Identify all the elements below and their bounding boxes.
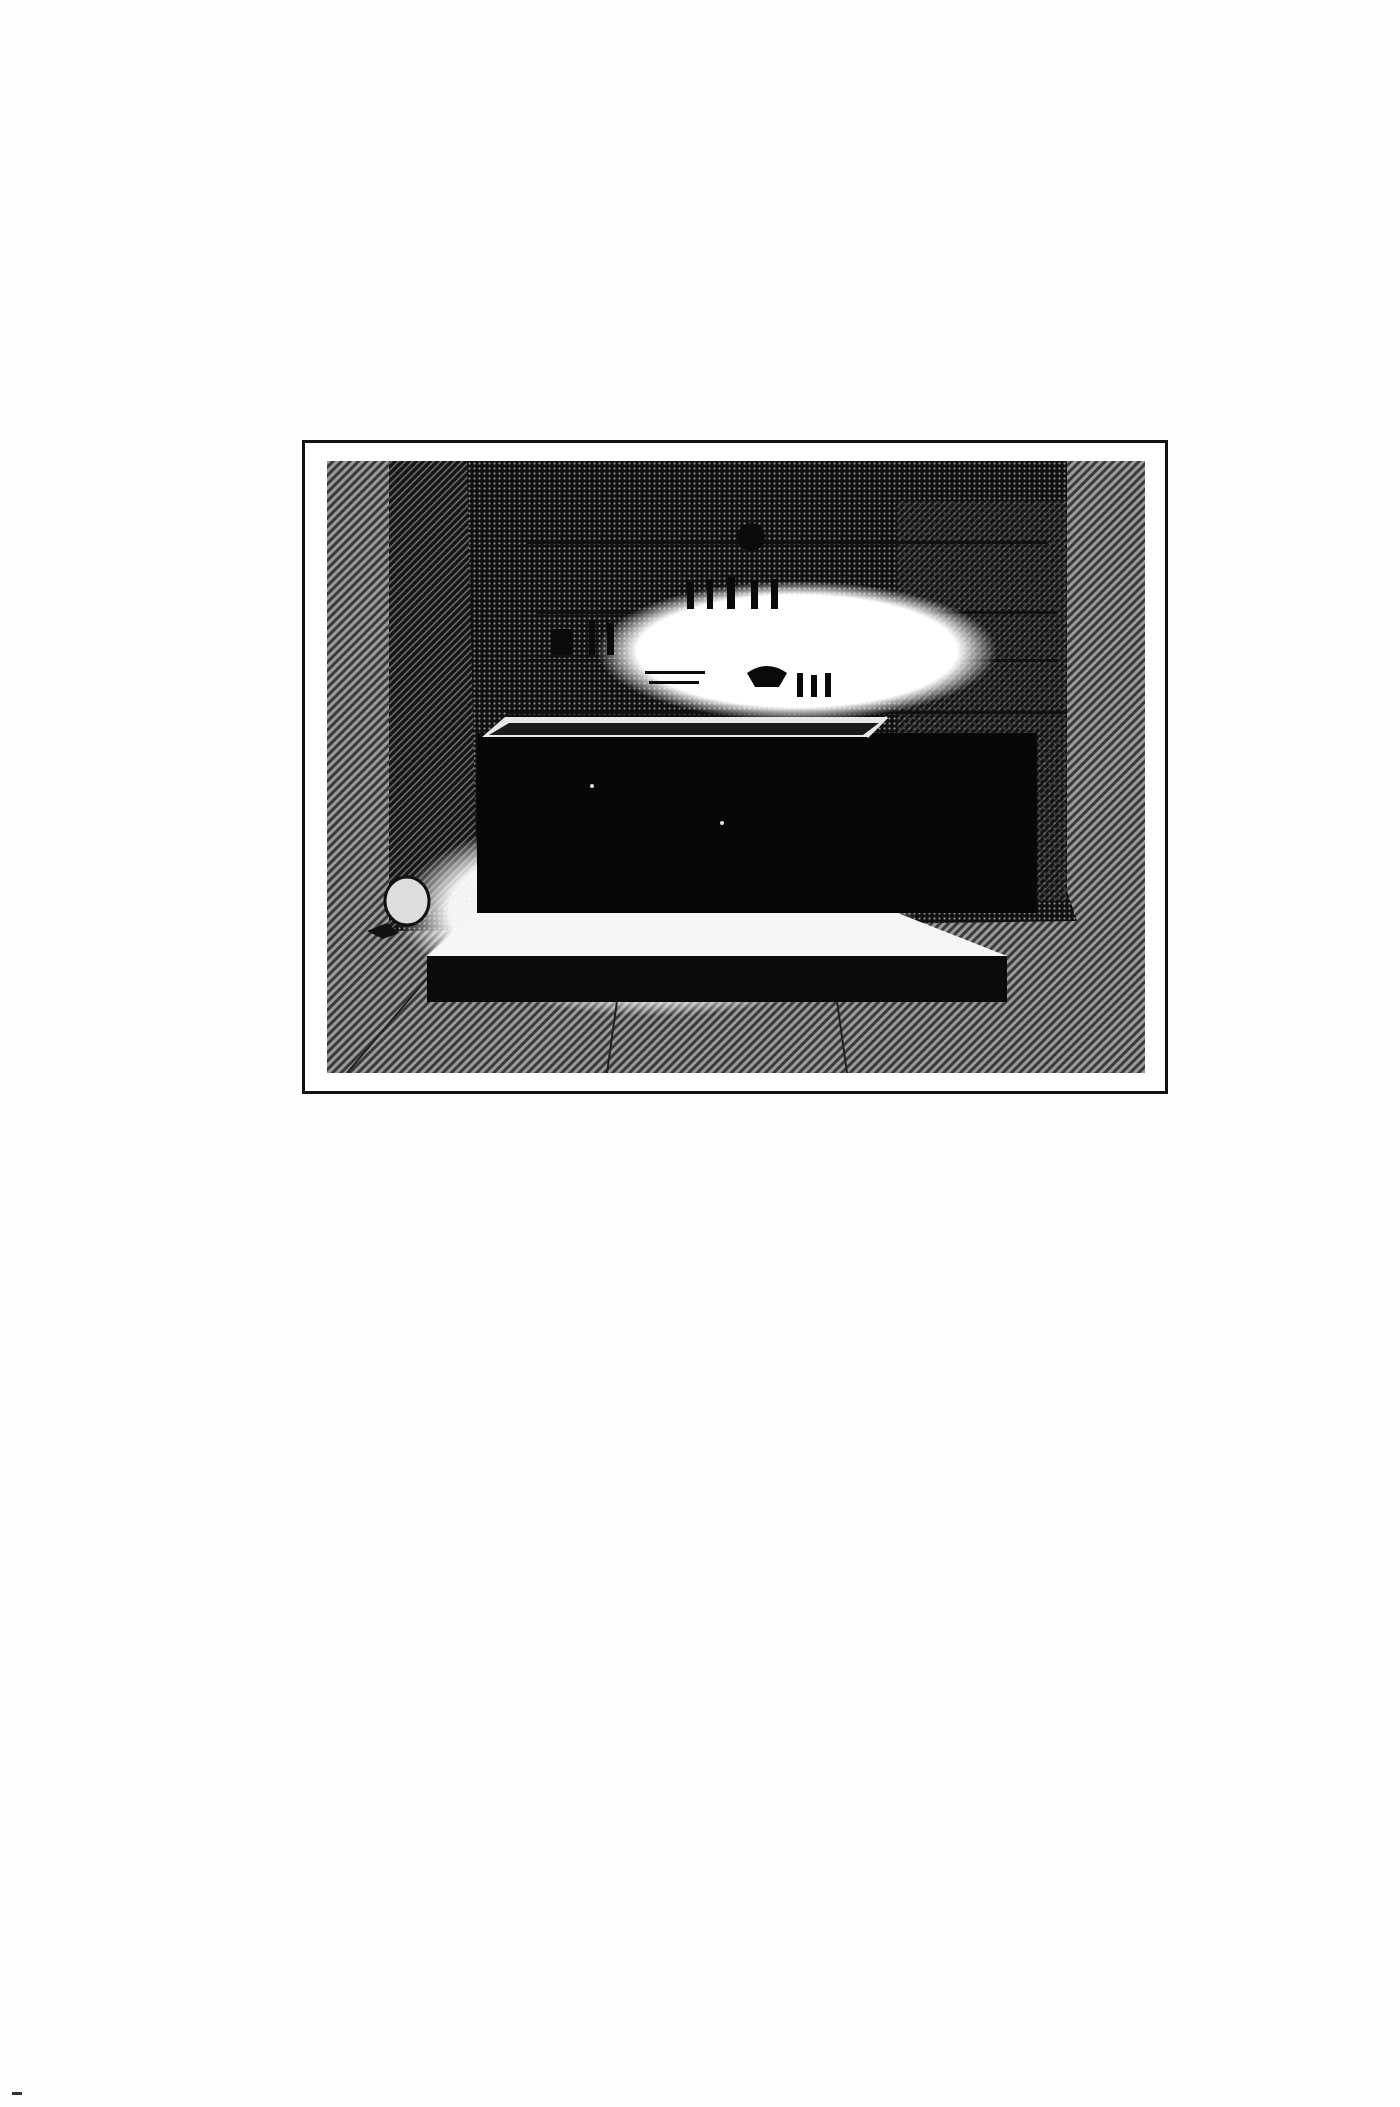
book-page — [0, 0, 1400, 2107]
scan-mark — [12, 2092, 22, 2095]
tomb-illustration — [327, 461, 1145, 1073]
sarcophagus-base — [427, 956, 1007, 1002]
light-pool — [597, 581, 997, 721]
sarcophagus — [477, 733, 1037, 913]
hieroglyph-wall-left — [327, 461, 389, 961]
figure-frame — [302, 440, 1168, 1094]
